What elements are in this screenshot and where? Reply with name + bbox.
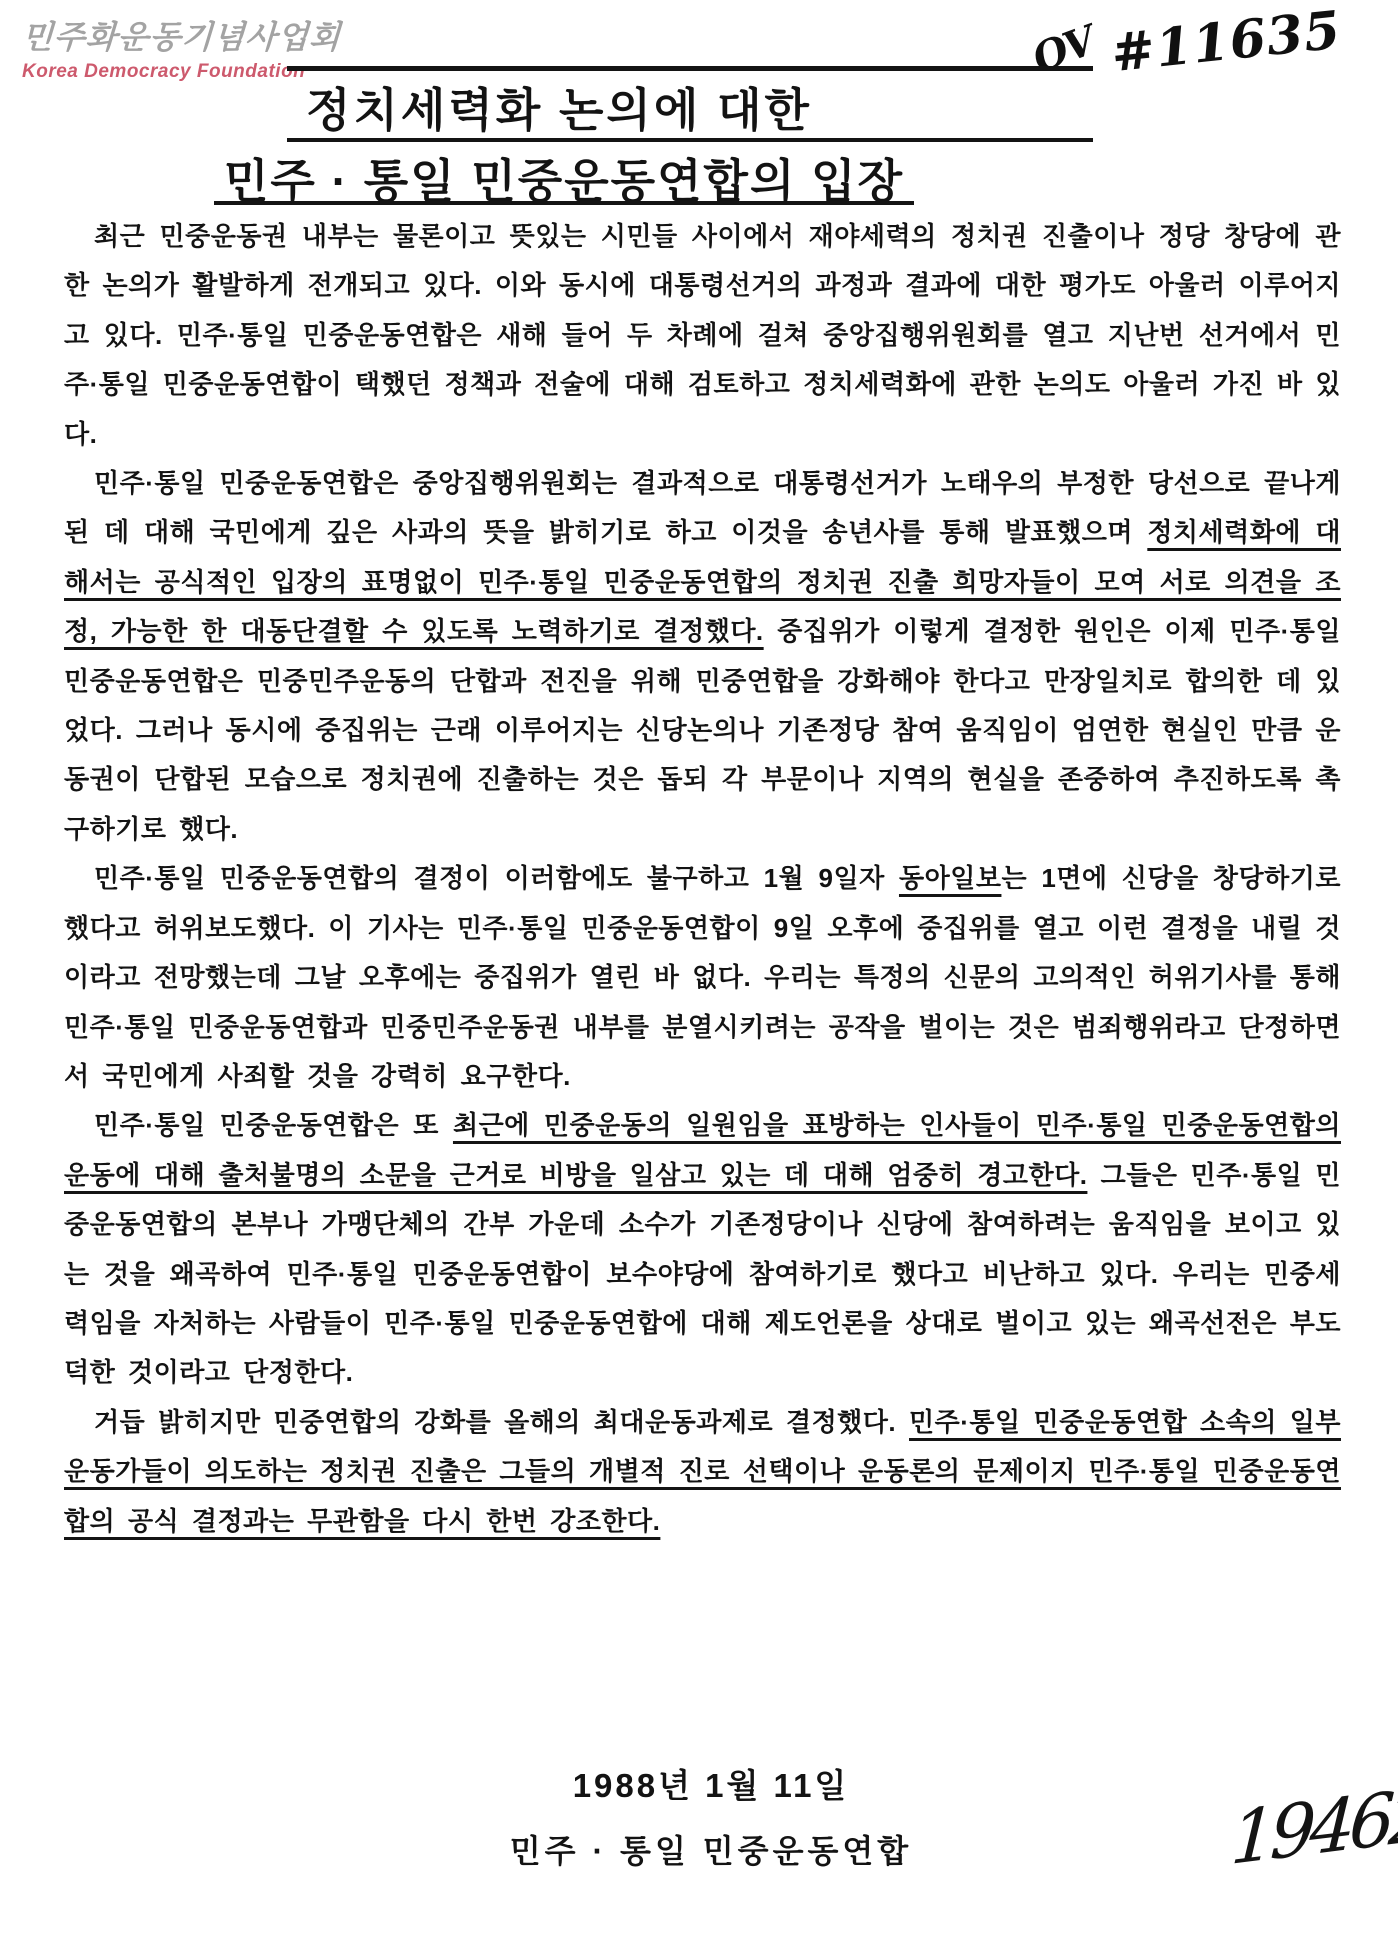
handwritten-ov-prefix: OV: [1027, 17, 1101, 82]
body-paragraph: 민주·통일 민중운동연합은 중앙집행위원회는 결과적으로 대통령선거가 노태우의…: [64, 459, 1341, 854]
body-text-segment: 중집위가 이렇게 결정한 원인은 이제 민주·통일 민중운동연합은 민중민주운동…: [64, 616, 1341, 844]
handwritten-id-number: #11635: [1109, 0, 1345, 84]
title-underline-2: [214, 201, 914, 205]
scanned-document-page: 민주화운동기념사업회 Korea Democracy Foundation OV…: [0, 0, 1398, 1948]
body-paragraph: 민주·통일 민중운동연합은 또 최근에 민중운동의 일원임을 표방하는 인사들이…: [64, 1101, 1341, 1397]
signature-line: 민주 · 통일 민중운동연합: [12, 1826, 1398, 1872]
title-overline: [287, 66, 1093, 71]
body-text-segment: 민주·통일 민중운동연합은 또: [94, 1110, 453, 1140]
body-text-segment: 민주·통일 민중운동연합의 결정이 이러함에도 불구하고 1월 9일자: [94, 863, 899, 893]
document-body: 최근 민중운동권 내부는 물론이고 뜻있는 시민들 사이에서 재야세력의 정치권…: [64, 212, 1341, 1546]
title-underline-1: [287, 138, 1093, 142]
body-text-segment: 최근 민중운동권 내부는 물론이고 뜻있는 시민들 사이에서 재야세력의 정치권…: [64, 221, 1341, 449]
date-line: 1988년 1월 11일: [12, 1760, 1398, 1807]
underlined-text: 동아일보: [899, 863, 1001, 893]
body-text-segment: 그들은 민주·통일 민중운동연합의 본부나 가맹단체의 간부 가운데 소수가 기…: [64, 1160, 1341, 1388]
body-text-segment: 는 1면에 신당을 창당하기로 했다고 허위보도했다. 이 기사는 민주·통일 …: [64, 863, 1341, 1091]
body-paragraph: 민주·통일 민중운동연합의 결정이 이러함에도 불구하고 1월 9일자 동아일보…: [64, 854, 1341, 1101]
body-text-segment: 거듭 밝히지만 민중연합의 강화를 올해의 최대운동과제로 결정했다.: [94, 1407, 909, 1437]
body-paragraph: 거듭 밝히지만 민중연합의 강화를 올해의 최대운동과제로 결정했다. 민주·통…: [64, 1398, 1341, 1546]
org-logo: 민주화운동기념사업회 Korea Democracy Foundation: [22, 12, 341, 83]
org-name-korean: 민주화운동기념사업회: [21, 12, 343, 58]
title-line-1: 정치세력화 논의에 대한: [0, 74, 1118, 140]
body-paragraph: 최근 민중운동권 내부는 물론이고 뜻있는 시민들 사이에서 재야세력의 정치권…: [64, 212, 1341, 459]
